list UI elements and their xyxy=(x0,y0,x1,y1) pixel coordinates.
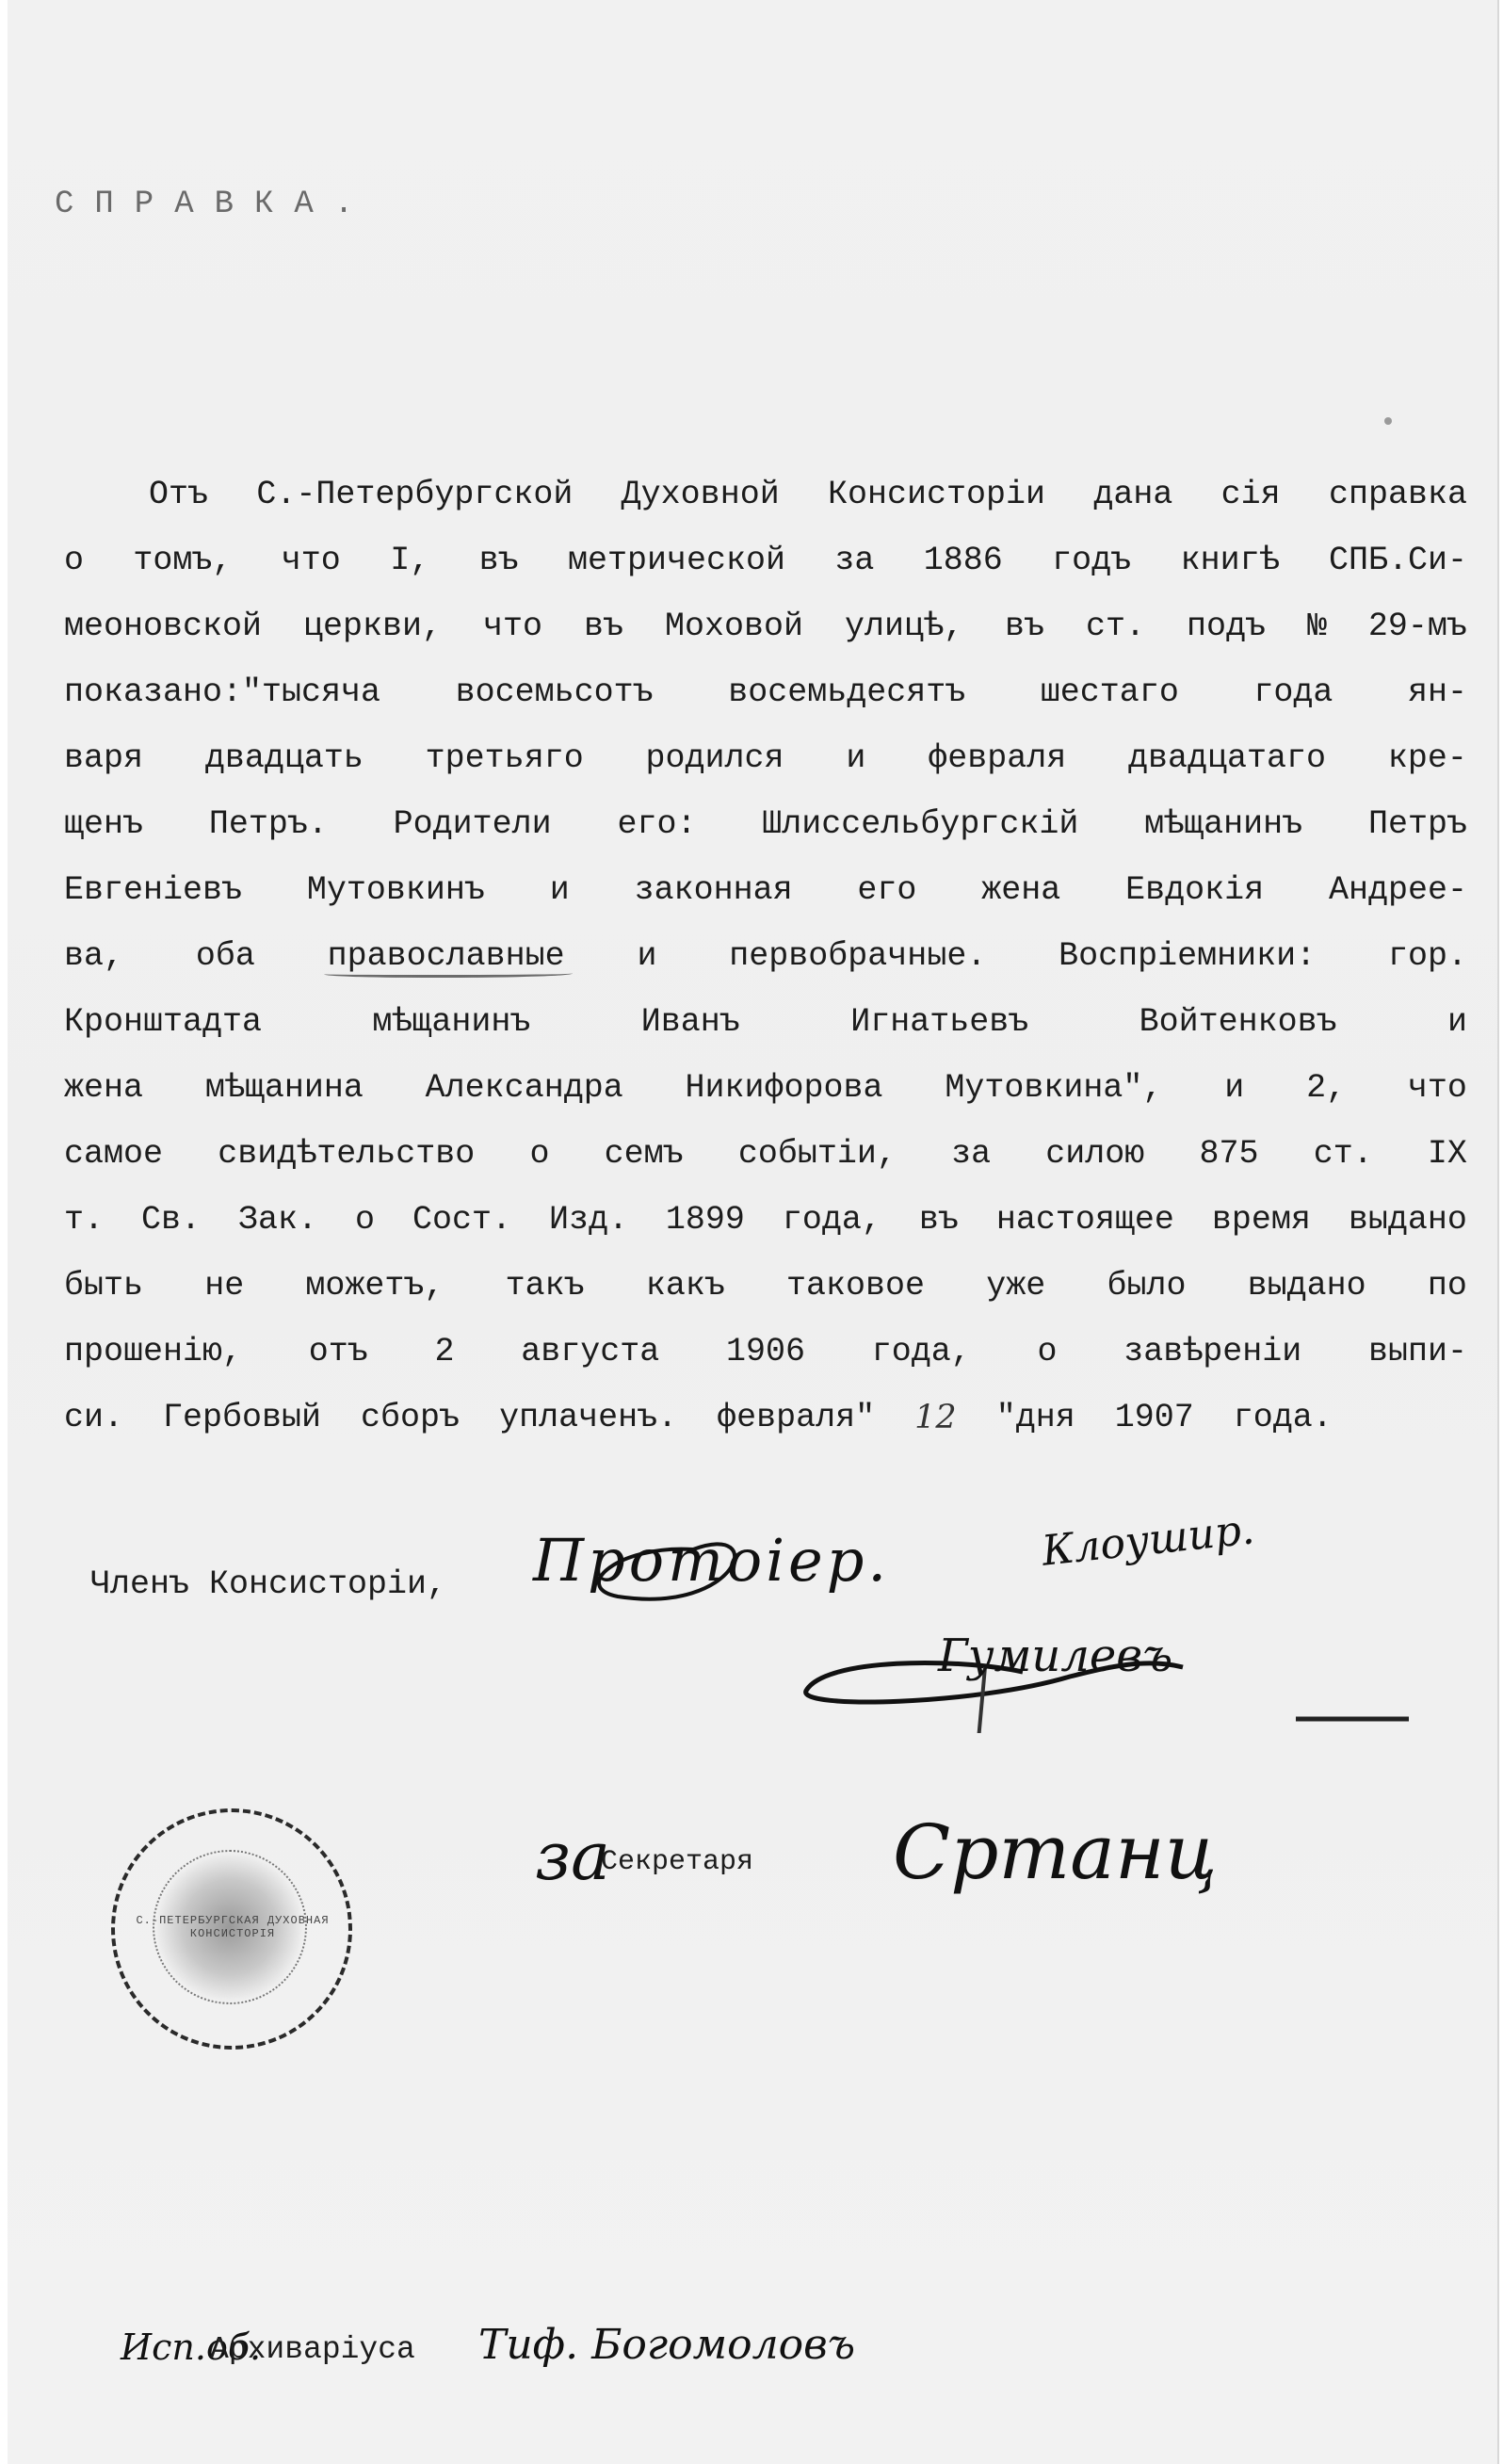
secretary-label: Секретаря xyxy=(601,1846,753,1878)
word: о xyxy=(355,1187,375,1253)
word: выдано xyxy=(1248,1253,1366,1319)
word: мѣщанинъ xyxy=(372,989,530,1055)
word: си. xyxy=(64,1385,123,1451)
word: семъ xyxy=(605,1121,684,1187)
word: уплаченъ. xyxy=(499,1385,677,1451)
word: 1907 xyxy=(1115,1385,1194,1451)
word: оба xyxy=(196,923,255,989)
text-line: меоновскойцеркви,чтовъМоховойулицѣ,въст.… xyxy=(64,593,1467,659)
word: восемьсотъ xyxy=(456,659,654,725)
word: что xyxy=(282,527,341,593)
word: Евдокія xyxy=(1125,857,1264,923)
word: года. xyxy=(1234,1385,1333,1451)
word: Шлиссельбургскій xyxy=(762,791,1078,857)
word: Мутовкинъ xyxy=(307,857,485,923)
word: Гербовый xyxy=(163,1385,321,1451)
word: Евгеніевъ xyxy=(64,857,242,923)
word: книгѣ xyxy=(1181,527,1280,593)
word: ва, xyxy=(64,923,123,989)
word: можетъ, xyxy=(305,1253,444,1319)
word: Александра xyxy=(426,1055,623,1121)
word: двадцать xyxy=(205,725,364,791)
word: кре- xyxy=(1388,725,1467,791)
word: Андрее- xyxy=(1329,857,1467,923)
word: время xyxy=(1212,1187,1311,1253)
word: 875 xyxy=(1200,1121,1259,1187)
word: въ xyxy=(584,593,623,659)
official-seal: С.-ПЕТЕРБУРГСКАЯ ДУХОВНАЯ КОНСИСТОРІЯ xyxy=(111,1808,352,2050)
word: и xyxy=(550,857,570,923)
secretary-signature-block: за Секретаря Сртанц xyxy=(535,1799,1382,1940)
secretary-prefix: за xyxy=(535,1818,610,1895)
archivist-signature: Тиф. Богомоловъ xyxy=(478,2321,855,2369)
text-line: прошенію,отъ2августа1906года,озавѣреніив… xyxy=(64,1319,1467,1385)
word: Св. xyxy=(141,1187,201,1253)
word: въ xyxy=(919,1187,959,1253)
word: какъ xyxy=(646,1253,725,1319)
word: показано:"тысяча xyxy=(64,659,380,725)
word: настоящее xyxy=(996,1187,1174,1253)
word: третьяго xyxy=(426,725,584,791)
word: дана xyxy=(1093,462,1172,527)
word: меоновской xyxy=(64,593,262,659)
word: сборъ xyxy=(361,1385,460,1451)
word: Консисторіи xyxy=(828,462,1045,527)
word: уже xyxy=(986,1253,1045,1319)
word: Изд. xyxy=(549,1187,628,1253)
word: его: xyxy=(617,791,696,857)
word: щенъ xyxy=(64,791,143,857)
text-line: бытьнеможетъ,такъкакътаковоеужебыловыдан… xyxy=(64,1253,1467,1319)
ink-dot xyxy=(1384,417,1392,425)
word: ст. xyxy=(1086,593,1145,659)
word: за xyxy=(834,527,874,593)
word: Игнатьевъ xyxy=(850,989,1028,1055)
word: Иванъ xyxy=(641,989,740,1055)
word: за xyxy=(951,1121,991,1187)
word: восемьдесятъ xyxy=(728,659,965,725)
word: о xyxy=(529,1121,549,1187)
text-line: ОтъС.-ПетербургскойДуховнойКонсисторіида… xyxy=(64,462,1467,527)
word: что xyxy=(483,593,542,659)
word: августа xyxy=(521,1319,659,1385)
word: ян- xyxy=(1408,659,1467,725)
document-title: СПРАВКА. xyxy=(55,186,374,222)
word: Родители xyxy=(394,791,552,857)
word: Войтенковъ xyxy=(1139,989,1337,1055)
word: и xyxy=(1224,1055,1244,1121)
word: мѣщанина xyxy=(205,1055,364,1121)
word: Сост. xyxy=(412,1187,511,1253)
word: томъ, xyxy=(133,527,232,593)
word: завѣреніи xyxy=(1123,1319,1301,1385)
word: такъ xyxy=(506,1253,585,1319)
word: по xyxy=(1428,1253,1467,1319)
consistory-member-signature-block: Членъ Консисторіи, Протоіер. Клоушир. Гу… xyxy=(90,1526,1409,1743)
member-label: Членъ Консисторіи, xyxy=(90,1565,446,1603)
word: гор. xyxy=(1388,923,1467,989)
word: Петръ xyxy=(1368,791,1467,857)
word: улицѣ, xyxy=(845,593,963,659)
word: 29-мъ xyxy=(1368,593,1467,659)
word: о xyxy=(1037,1319,1057,1385)
word: справка xyxy=(1329,462,1467,527)
word: и xyxy=(1447,989,1467,1055)
word: отъ xyxy=(309,1319,368,1385)
member-signature-title: Протоіер. xyxy=(533,1526,890,1595)
word: т. xyxy=(64,1187,104,1253)
word: выпи- xyxy=(1368,1319,1467,1385)
word: его xyxy=(857,857,916,923)
word: прошенію, xyxy=(64,1319,242,1385)
word: 2 xyxy=(434,1319,454,1385)
word: IX xyxy=(1428,1121,1467,1187)
word: Моховой xyxy=(665,593,803,659)
document-page: СПРАВКА. ОтъС.-ПетербургскойДуховнойКонс… xyxy=(8,0,1499,2464)
text-line: показано:"тысячавосемьсотъвосемьдесятъше… xyxy=(64,659,1467,725)
word: года xyxy=(1253,659,1333,725)
word: года, xyxy=(783,1187,881,1253)
word: подъ xyxy=(1187,593,1266,659)
word: свидѣтельство xyxy=(218,1121,475,1187)
word: Никифорова xyxy=(686,1055,883,1121)
word: было xyxy=(1107,1253,1186,1319)
word: что xyxy=(1408,1055,1467,1121)
word: метрической xyxy=(568,527,785,593)
word: о xyxy=(64,527,84,593)
word: 2, xyxy=(1306,1055,1346,1121)
handwritten-day: 12 xyxy=(914,1385,957,1451)
word: Отъ xyxy=(149,462,208,527)
word: шестаго xyxy=(1041,659,1179,725)
word: силою xyxy=(1045,1121,1144,1187)
text-line: т.Св.Зак.оСост.Изд.1899года,вънастоящеев… xyxy=(64,1187,1467,1253)
text-line: КронштадтамѣщанинъИванъИгнатьевъВойтенко… xyxy=(64,989,1467,1055)
word: таковое xyxy=(786,1253,925,1319)
word: Кронштадта xyxy=(64,989,262,1055)
word: февраля" xyxy=(717,1385,875,1451)
word: "дня xyxy=(996,1385,1075,1451)
word: варя xyxy=(64,725,143,791)
text-line: ва,обаправославныеипервобрачные.Воспріем… xyxy=(64,923,1467,989)
word: Петръ. xyxy=(209,791,328,857)
word: С.-Петербургской xyxy=(256,462,573,527)
text-line: женамѣщанинаАлександраНикифороваМутовкин… xyxy=(64,1055,1467,1121)
word: въ xyxy=(479,527,519,593)
text-line: си.Гербовыйсборъуплаченъ.февраля"12"дня1… xyxy=(64,1385,1467,1451)
text-line: щенъПетръ.Родителиего:Шлиссельбургскіймѣ… xyxy=(64,791,1467,857)
word: церкви, xyxy=(303,593,442,659)
word: законная xyxy=(635,857,793,923)
text-line: отомъ,чтоI,въметрическойза1886годъкнигѣС… xyxy=(64,527,1467,593)
word: жена xyxy=(981,857,1060,923)
word: 1906 xyxy=(726,1319,805,1385)
secretary-signature: Сртанц xyxy=(893,1808,1218,1896)
archivist-signature-block: Исп.об. Архиваріуса Тиф. Богомоловъ xyxy=(121,2317,968,2392)
certificate-body: ОтъС.-ПетербургскойДуховнойКонсисторіида… xyxy=(64,462,1467,1451)
word: 1886 xyxy=(924,527,1003,593)
member-signature-name: Гумилевъ xyxy=(938,1629,1172,1682)
word: года, xyxy=(872,1319,971,1385)
text-line: ЕвгеніевъМутовкинъизаконнаяегоженаЕвдокі… xyxy=(64,857,1467,923)
word: годъ xyxy=(1052,527,1131,593)
word: СПБ.Си- xyxy=(1329,527,1467,593)
word: Духовной xyxy=(622,462,780,527)
text-line: самоесвидѣтельствоосемъсобытіи,засилою87… xyxy=(64,1121,1467,1187)
word: первобрачные. xyxy=(729,923,986,989)
underlined-word: православные xyxy=(328,923,565,989)
archivist-label: Архиваріуса xyxy=(210,2332,415,2367)
word: двадцатаго xyxy=(1128,725,1326,791)
word: быть xyxy=(64,1253,143,1319)
word: мѣщанинъ xyxy=(1144,791,1302,857)
word: I, xyxy=(390,527,429,593)
word: родился xyxy=(646,725,784,791)
seal-text: С.-ПЕТЕРБУРГСКАЯ ДУХОВНАЯ КОНСИСТОРІЯ xyxy=(134,1914,331,1940)
word: февраля xyxy=(928,725,1066,791)
word: ст. xyxy=(1314,1121,1373,1187)
word: жена xyxy=(64,1055,143,1121)
word: сія xyxy=(1221,462,1281,527)
word: и xyxy=(846,725,865,791)
text-line: варядвадцатьтретьягородилсяифевралядвадц… xyxy=(64,725,1467,791)
word: № xyxy=(1307,593,1327,659)
word: Мутовкина", xyxy=(945,1055,1162,1121)
word: 1899 xyxy=(666,1187,745,1253)
word: въ xyxy=(1005,593,1044,659)
word: Воспріемники: xyxy=(1059,923,1316,989)
word: самое xyxy=(64,1121,163,1187)
word: Зак. xyxy=(238,1187,317,1253)
word: и xyxy=(637,923,656,989)
word: событіи, xyxy=(738,1121,897,1187)
word: выдано xyxy=(1349,1187,1467,1253)
word: не xyxy=(204,1253,244,1319)
